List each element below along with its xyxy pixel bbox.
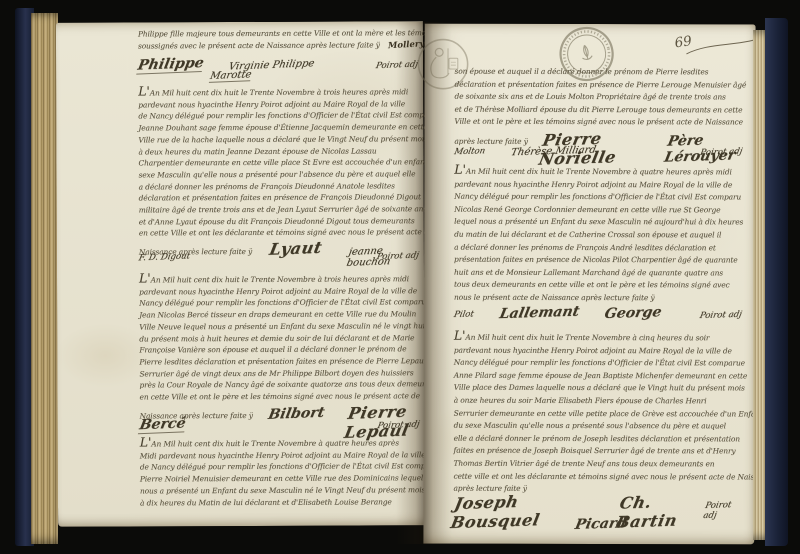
signature: F. D. Digout xyxy=(138,251,191,263)
manuscript-line: faites en présence de Joseph Boisquel Se… xyxy=(454,445,748,458)
manuscript-line: et de Thérèse Molliard épouse du dit Pie… xyxy=(454,103,748,116)
page-edges-left xyxy=(31,13,58,544)
birth-record: L'An Mil huit cent dix huit le Trente No… xyxy=(453,330,747,496)
manuscript-line: cette ville et ont les déclarante et tém… xyxy=(453,470,747,483)
signature: Poirot adj xyxy=(700,147,744,158)
manuscript-line: Nicolas René George Cordonnier demeurant… xyxy=(454,203,748,216)
manuscript-line: du matin de lui déclarant et de Catherin… xyxy=(454,229,748,242)
manuscript-line: présentation faites en présence de Nicol… xyxy=(454,254,748,267)
signature-row: Bercé Poirot adj xyxy=(140,415,426,433)
manuscript-line: en cette Ville et ont le père et les tém… xyxy=(140,390,426,403)
book-cover-right xyxy=(765,18,788,546)
manuscript-line: militaire âgé de trente trois ans et de … xyxy=(139,203,425,216)
birth-record: L'An Mil huit cent dix huit le Trente No… xyxy=(454,164,748,305)
signature-row: Molton Thérèse Milliard Poirot adj xyxy=(454,146,748,158)
birth-record: L'An Mil huit cent dix huit le Trente No… xyxy=(140,435,426,508)
signature: Pilot xyxy=(453,309,475,320)
manuscript-line: Nancy délégué pour remplir les fonctions… xyxy=(454,357,748,370)
manuscript-line: en cette Ville et ont les déclarante et … xyxy=(139,227,425,240)
manuscript-line: a déclaré donner les prénoms de François… xyxy=(454,241,748,254)
manuscript-line: L'An Mil huit cent dix huit le Trente No… xyxy=(454,164,748,179)
signature: Lallemant xyxy=(498,304,581,323)
signature-row: Pilot Lallemant George Poirot adj xyxy=(454,305,748,322)
signature-row: F. D. Digout Poirot adj xyxy=(139,251,425,262)
signature: Poirot adj xyxy=(376,250,420,262)
manuscript-line: huit ans et de Monsieur Lallemant Marcha… xyxy=(454,266,748,279)
manuscript-line: Jeanne Douhant sage femme épouse d'Étien… xyxy=(138,121,424,134)
signature: Molton xyxy=(453,146,486,157)
continuation-block: Philippe fille majeure tous demeurants e… xyxy=(138,27,424,52)
manuscript-line: Serrurier demeurante en cette ville peti… xyxy=(454,407,748,420)
manuscript-line: L'An Mil huit cent dix huit le Trente No… xyxy=(139,271,425,286)
manuscript-line: L'An Mil huit cent dix huit le Trente No… xyxy=(454,330,748,345)
signature: Marotte xyxy=(209,69,253,83)
manuscript-line: Thomas Bertin Vitrier âgé de trente Neuf… xyxy=(454,458,748,471)
manuscript-line: pardevant nous hyacinthe Henry Poirot ad… xyxy=(454,344,748,357)
signature: George xyxy=(603,304,663,322)
manuscript-line: Philippe fille majeure tous demeurants e… xyxy=(138,27,424,40)
manuscript-line: déclaration et présentation faites en pr… xyxy=(455,78,749,91)
manuscript-line: du sexe Masculin qu'elle nous a présenté… xyxy=(454,420,748,433)
manuscript-line: Ville et ont le père et les témoins sign… xyxy=(454,116,748,129)
left-page: Philippe fille majeure tous demeurants e… xyxy=(56,21,425,527)
signature: Bercé xyxy=(138,415,187,434)
manuscript-line: Ville place des Dames laquelle nous a dé… xyxy=(454,382,748,395)
manuscript-line: à onze heures du soir Marie Elisabeth Fi… xyxy=(454,395,748,408)
manuscript-line: à dix heures du Matin de lui déclarant e… xyxy=(140,496,426,509)
signature-row: Picard xyxy=(453,516,747,533)
manuscript-line: elle a déclaré donner le prénom de Josep… xyxy=(454,432,748,445)
manuscript-line: soussignés avec le présent acte de Naiss… xyxy=(138,39,380,52)
manuscript-line: Ville Neuve lequel nous a présenté un En… xyxy=(139,320,425,333)
birth-record: L'An Mil huit cent dix huit le Trente No… xyxy=(138,84,425,268)
manuscript-line: Jean Nicolas Bercé tisseur en draps deme… xyxy=(139,308,425,321)
manuscript-line: lequel nous a présenté un Enfant du sexe… xyxy=(454,216,748,229)
manuscript-line: de soixante six ans et de Louis Molton P… xyxy=(454,91,748,104)
manuscript-line: nous a présenté un Enfant du sexe Mascul… xyxy=(140,484,426,497)
manuscript-line: L'An Mil huit cent dix huit le Trente No… xyxy=(140,435,426,450)
manuscript-line: Anne Pilard sage femme épouse de Jean Ba… xyxy=(454,369,748,382)
manuscript-line: son épouse et auquel il a déclaré donner… xyxy=(455,66,749,79)
photograph-background: Philippe fille majeure tous demeurants e… xyxy=(0,0,800,554)
signature: Poirot adj xyxy=(699,310,743,321)
manuscript-line: Nancy délégué pour remplir les fonctions… xyxy=(454,191,748,204)
manuscript-line: nous le présent acte de Naissance après … xyxy=(454,292,748,305)
manuscript-line: Pierre lesdites déclaration et présentat… xyxy=(139,355,425,368)
left-page-content: Philippe fille majeure tous demeurants e… xyxy=(138,21,424,22)
folio-number: 69 xyxy=(674,33,693,51)
manuscript-line: L'An Mil huit cent dix huit le Trente No… xyxy=(138,84,424,99)
manuscript-line: sexe Masculin qu'elle nous a présenté po… xyxy=(139,168,425,181)
signature: Picard xyxy=(573,515,627,533)
signature-row: Marotte xyxy=(138,69,424,82)
manuscript-line: tous deux demeurants en cette ville et o… xyxy=(454,279,748,292)
manuscript-line: Ville rue de la hache laquelle nous a dé… xyxy=(138,133,424,146)
right-page: 69 son épouse et auquel il a déclaré don… xyxy=(423,24,755,545)
signature: Thérèse Milliard xyxy=(509,145,596,159)
signature: Poirot adj xyxy=(377,419,421,431)
manuscript-line: pardevant nous hyacinthe Henry Poirot ad… xyxy=(454,178,748,191)
manuscript-line: Pierre Noiriel Menuisier demeurant en ce… xyxy=(140,472,426,485)
